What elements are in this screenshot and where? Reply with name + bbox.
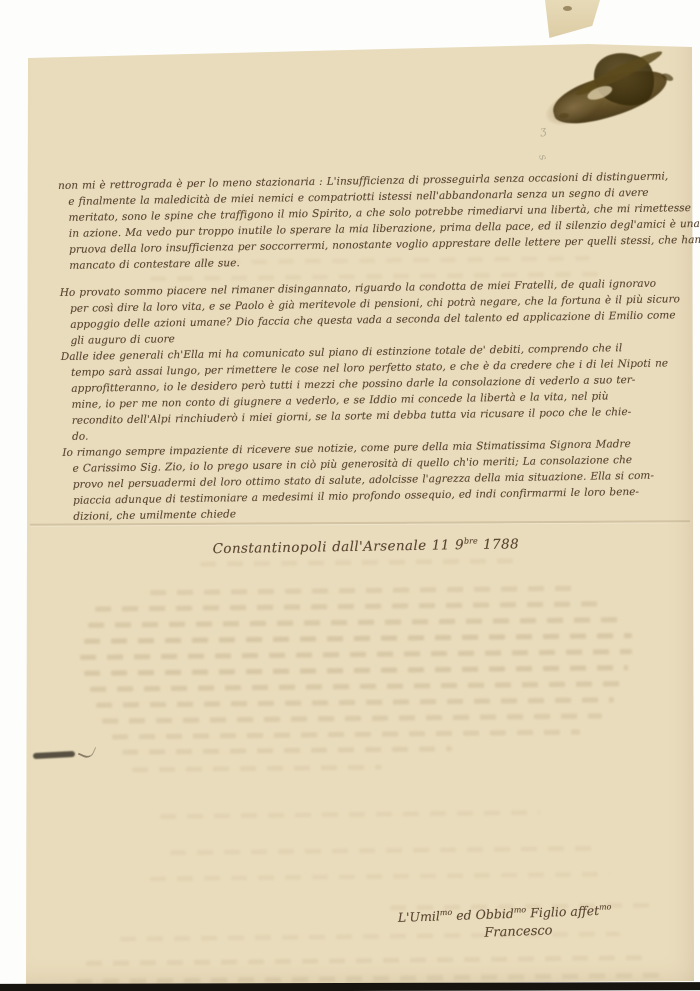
closing-text: Figlio affet xyxy=(526,903,599,921)
closing-text: L'Umil xyxy=(398,908,441,924)
closing-superscript: mo xyxy=(514,905,527,914)
paragraph-2: Ho provato sommo piacere nel rimaner dis… xyxy=(60,275,665,348)
closing-superscript: mo xyxy=(440,908,453,917)
closing-text: ed Obbid xyxy=(452,906,514,923)
ink-speck xyxy=(563,6,572,11)
paper-fragment xyxy=(545,0,600,38)
scan-canvas: ʒ s non mi è rettrograda è per lo meno s… xyxy=(0,0,700,991)
scanner-edge-strip xyxy=(0,982,700,991)
ink-blot-seal xyxy=(539,43,687,145)
paragraph-1: non mi è rettrograda è per lo meno stazi… xyxy=(58,169,663,274)
pencil-glyph: ʒ xyxy=(539,124,547,138)
signature-block: L'Umilmo ed Obbidmo Figlio affetmo Franc… xyxy=(397,897,612,946)
dateline-superscript: bre xyxy=(464,536,478,545)
paragraph-4: Io rimango sempre impaziente di ricevere… xyxy=(62,435,667,524)
letter-body: non mi è rettrograda è per lo meno stazi… xyxy=(58,169,668,560)
dateline-year: 1788 xyxy=(478,536,519,553)
faint-pencil-marks: ʒ s xyxy=(540,124,546,164)
paragraph-3: Dalle idee generali ch'Ella mi ha comuni… xyxy=(61,339,666,444)
closing-superscript: mo xyxy=(599,902,612,911)
